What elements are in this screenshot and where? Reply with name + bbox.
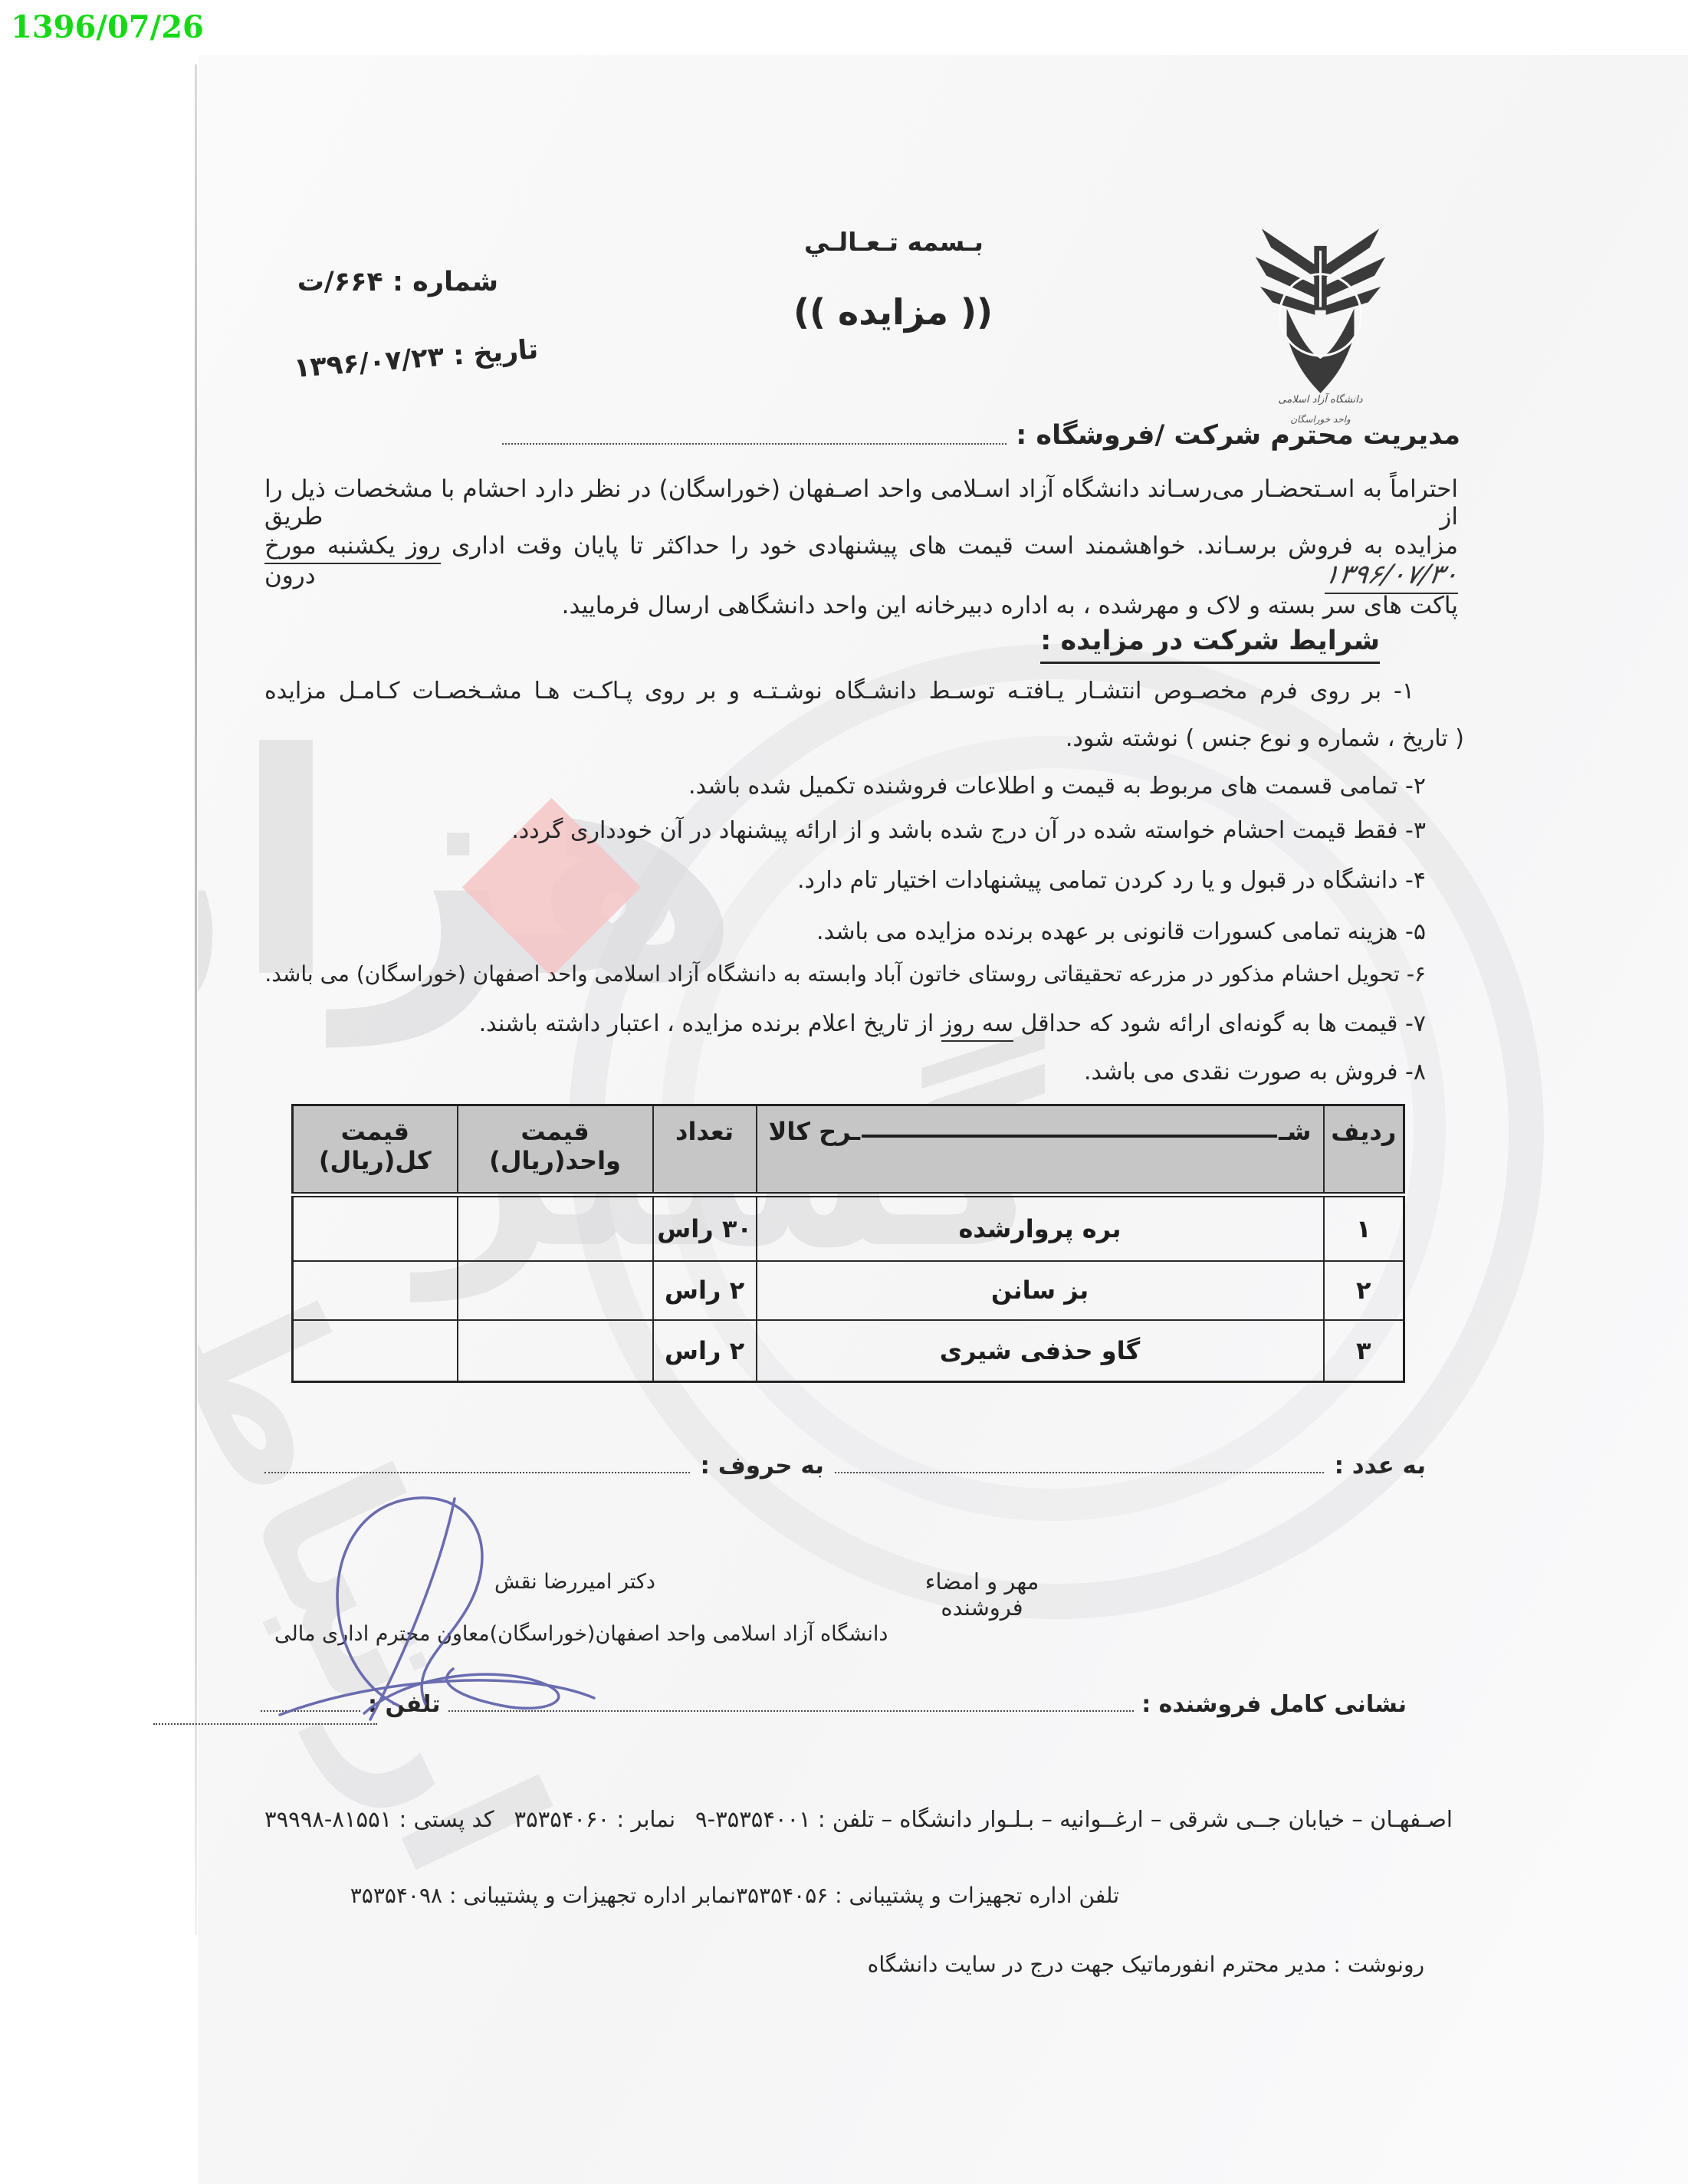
intro-line-3: پاکت های سر بسته و لاک و مهرشده ، به ادا…: [264, 592, 1458, 619]
addressee-fill-line: [502, 443, 1007, 445]
intro-line-2-post: درون: [264, 562, 1325, 590]
cell-unit_price: [458, 1320, 653, 1382]
footer-postal-code: کد پستی : ۸۱۵۵۱-۳۹۹۹۸: [264, 1806, 494, 1832]
seller-extra-fill-line: [153, 1723, 377, 1725]
condition-item-8: ۸- فروش به صورت نقدی می باشد.: [1084, 1059, 1426, 1085]
letter-number: شماره : ۶۶۴/ت: [268, 267, 498, 297]
cell-radif: ۲: [1324, 1261, 1404, 1320]
logo-caption-university: دانشگاه آزاد اسلامی: [1238, 394, 1403, 406]
table-body: ۱بره پروارشده۳۰ راس۲بز سانن۲ راس۳گاو حذف…: [293, 1195, 1404, 1382]
condition-item-2: ۲- تمامی قسمت های مربوط به قیمت و اطلاعا…: [688, 773, 1426, 800]
table-row: ۳گاو حذفی شیری۲ راس: [293, 1320, 1404, 1382]
addressee-label: مدیریت محترم شرکت /فروشگاه :: [1016, 420, 1460, 451]
deadline-day: روز یکشنبه مورخ: [264, 532, 441, 560]
seller-address-label: نشانی کامل فروشنده :: [1141, 1691, 1407, 1718]
handwritten-date: ۱۳۹۶/۰۷/۳۰: [1322, 560, 1461, 590]
condition-item-4: ۴- دانشگاه در قبول و یا رد کردن تمامی پی…: [797, 867, 1426, 894]
cell-sharh: گاو حذفی شیری: [757, 1320, 1324, 1382]
cell-tedad: ۲ راس: [653, 1320, 757, 1382]
sharh-start: شـ: [1279, 1117, 1311, 1146]
bismillah-text: بـسمه تـعـالـي: [793, 227, 994, 257]
azad-university-logo-icon: [1238, 216, 1403, 396]
table-row: ۱بره پروارشده۳۰ راس: [293, 1195, 1404, 1261]
table-row: ۲بز سانن۲ راس: [293, 1261, 1404, 1320]
intro-line-2-pre: مزایده به فروش برسـاند. خواهشمند است قیم…: [441, 532, 1458, 560]
condition-item-3: ۳- فقط قیمت احشام خواسته شده در آن درج ش…: [511, 817, 1426, 844]
col-header-radif: ردیف: [1324, 1105, 1404, 1195]
items-table-wrap: ردیف شـ ـرح کالا تعداد قیمت واحد(ریال) ق…: [291, 1104, 1405, 1383]
amount-words-fill-line: [264, 1472, 690, 1473]
cell-sharh: بره پروارشده: [757, 1195, 1324, 1261]
condition-item-7-pre: ۷- قیمت ها به گونه‌ای ارائه شود که حداقل: [1013, 1010, 1426, 1037]
col-header-tedad: تعداد: [653, 1105, 757, 1195]
footer-address-line: اصـفهـان – خیابان جــی شرقی – ارغــوانیه…: [264, 1806, 1453, 1832]
support-fax: نمابر اداره تجهیزات و پشتیبانی : ۳۵۳۵۴۰۹…: [350, 1883, 736, 1908]
cell-total_price: [293, 1320, 458, 1382]
footer-cc-line: رونوشت : مدیر محترم انفورماتیک جهت درج د…: [868, 1952, 1424, 1977]
cell-total_price: [293, 1261, 458, 1320]
condition-item-1-line-2: ( تاریخ ، شماره و نوع جنس ) نوشته شود.: [1066, 725, 1464, 752]
footer-fax: نمابر : ۳۵۳۵۴۰۶۰: [514, 1806, 676, 1832]
col-header-sharh: شـ ـرح کالا: [757, 1105, 1324, 1195]
intro-line-2: مزایده به فروش برسـاند. خواهشمند است قیم…: [264, 532, 1458, 590]
scan-date-stamp: 1396/07/26: [11, 9, 204, 45]
condition-item-7: ۷- قیمت ها به گونه‌ای ارائه شود که حداقل…: [479, 1010, 1426, 1037]
sharh-end: ـرح کالا: [769, 1117, 861, 1146]
amount-words-label: به حروف :: [701, 1452, 824, 1480]
cell-unit_price: [458, 1195, 653, 1261]
letter-date: تاریخ : ۱۳۹۶/۰۷/۲۳: [238, 334, 540, 389]
seller-seal-label: مهر و امضاء فروشنده: [882, 1568, 1082, 1621]
condition-item-7-underlined: سه روز: [941, 1010, 1013, 1042]
cell-tedad: ۳۰ راس: [653, 1195, 757, 1261]
sharh-kashida-line: [862, 1135, 1277, 1138]
conditions-heading: شرایط شرکت در مزایده :: [1040, 626, 1380, 664]
condition-item-5: ۵- هزینه تمامی کسورات قانونی بر عهده برن…: [816, 918, 1426, 945]
cell-tedad: ۲ راس: [653, 1261, 757, 1320]
amount-digits-label: به عدد :: [1335, 1452, 1426, 1480]
cell-radif: ۱: [1324, 1195, 1404, 1261]
support-phone: تلفن اداره تجهیزات و پشتیبانی : ۳۵۳۵۴۰۵۶: [736, 1883, 1119, 1908]
cell-total_price: [293, 1195, 458, 1261]
footer-support-line: تلفن اداره تجهیزات و پشتیبانی : ۳۵۳۵۴۰۵۶…: [429, 1883, 1119, 1908]
cell-unit_price: [458, 1261, 653, 1320]
amount-digits-fill-line: [835, 1472, 1324, 1473]
condition-item-6: ۶- تحویل احشام مذکور در مزرعه تحقیقاتی ر…: [264, 961, 1426, 987]
cell-radif: ۳: [1324, 1320, 1404, 1382]
intro-line-1: احتراماً به اسـتحضـار می‌رسـاند دانشگاه …: [264, 475, 1458, 530]
document-type-title: (( مزایده )): [767, 291, 1020, 333]
footer-address: اصـفهـان – خیابان جــی شرقی – ارغــوانیه…: [695, 1806, 1453, 1832]
col-header-unit-price: قیمت واحد(ریال): [458, 1105, 653, 1195]
cell-sharh: بز سانن: [757, 1261, 1324, 1320]
addressee-line: مدیریت محترم شرکت /فروشگاه :: [502, 420, 1460, 451]
handwritten-signature: [272, 1476, 717, 1721]
scanned-auction-letter: { "scan_date": "1396/07/26", "letterhead…: [0, 0, 1688, 2184]
condition-item-1-line-1: ۱- بر روی فرم مخصـوص انتشـار یـافتـه توس…: [264, 678, 1414, 704]
condition-item-7-post: از تاریخ اعلام برنده مزایده ، اعتبار داش…: [479, 1010, 941, 1037]
items-table: ردیف شـ ـرح کالا تعداد قیمت واحد(ریال) ق…: [291, 1104, 1405, 1383]
col-header-total-price: قیمت کل(ریال): [293, 1105, 458, 1195]
table-header-row: ردیف شـ ـرح کالا تعداد قیمت واحد(ریال) ق…: [293, 1105, 1404, 1195]
